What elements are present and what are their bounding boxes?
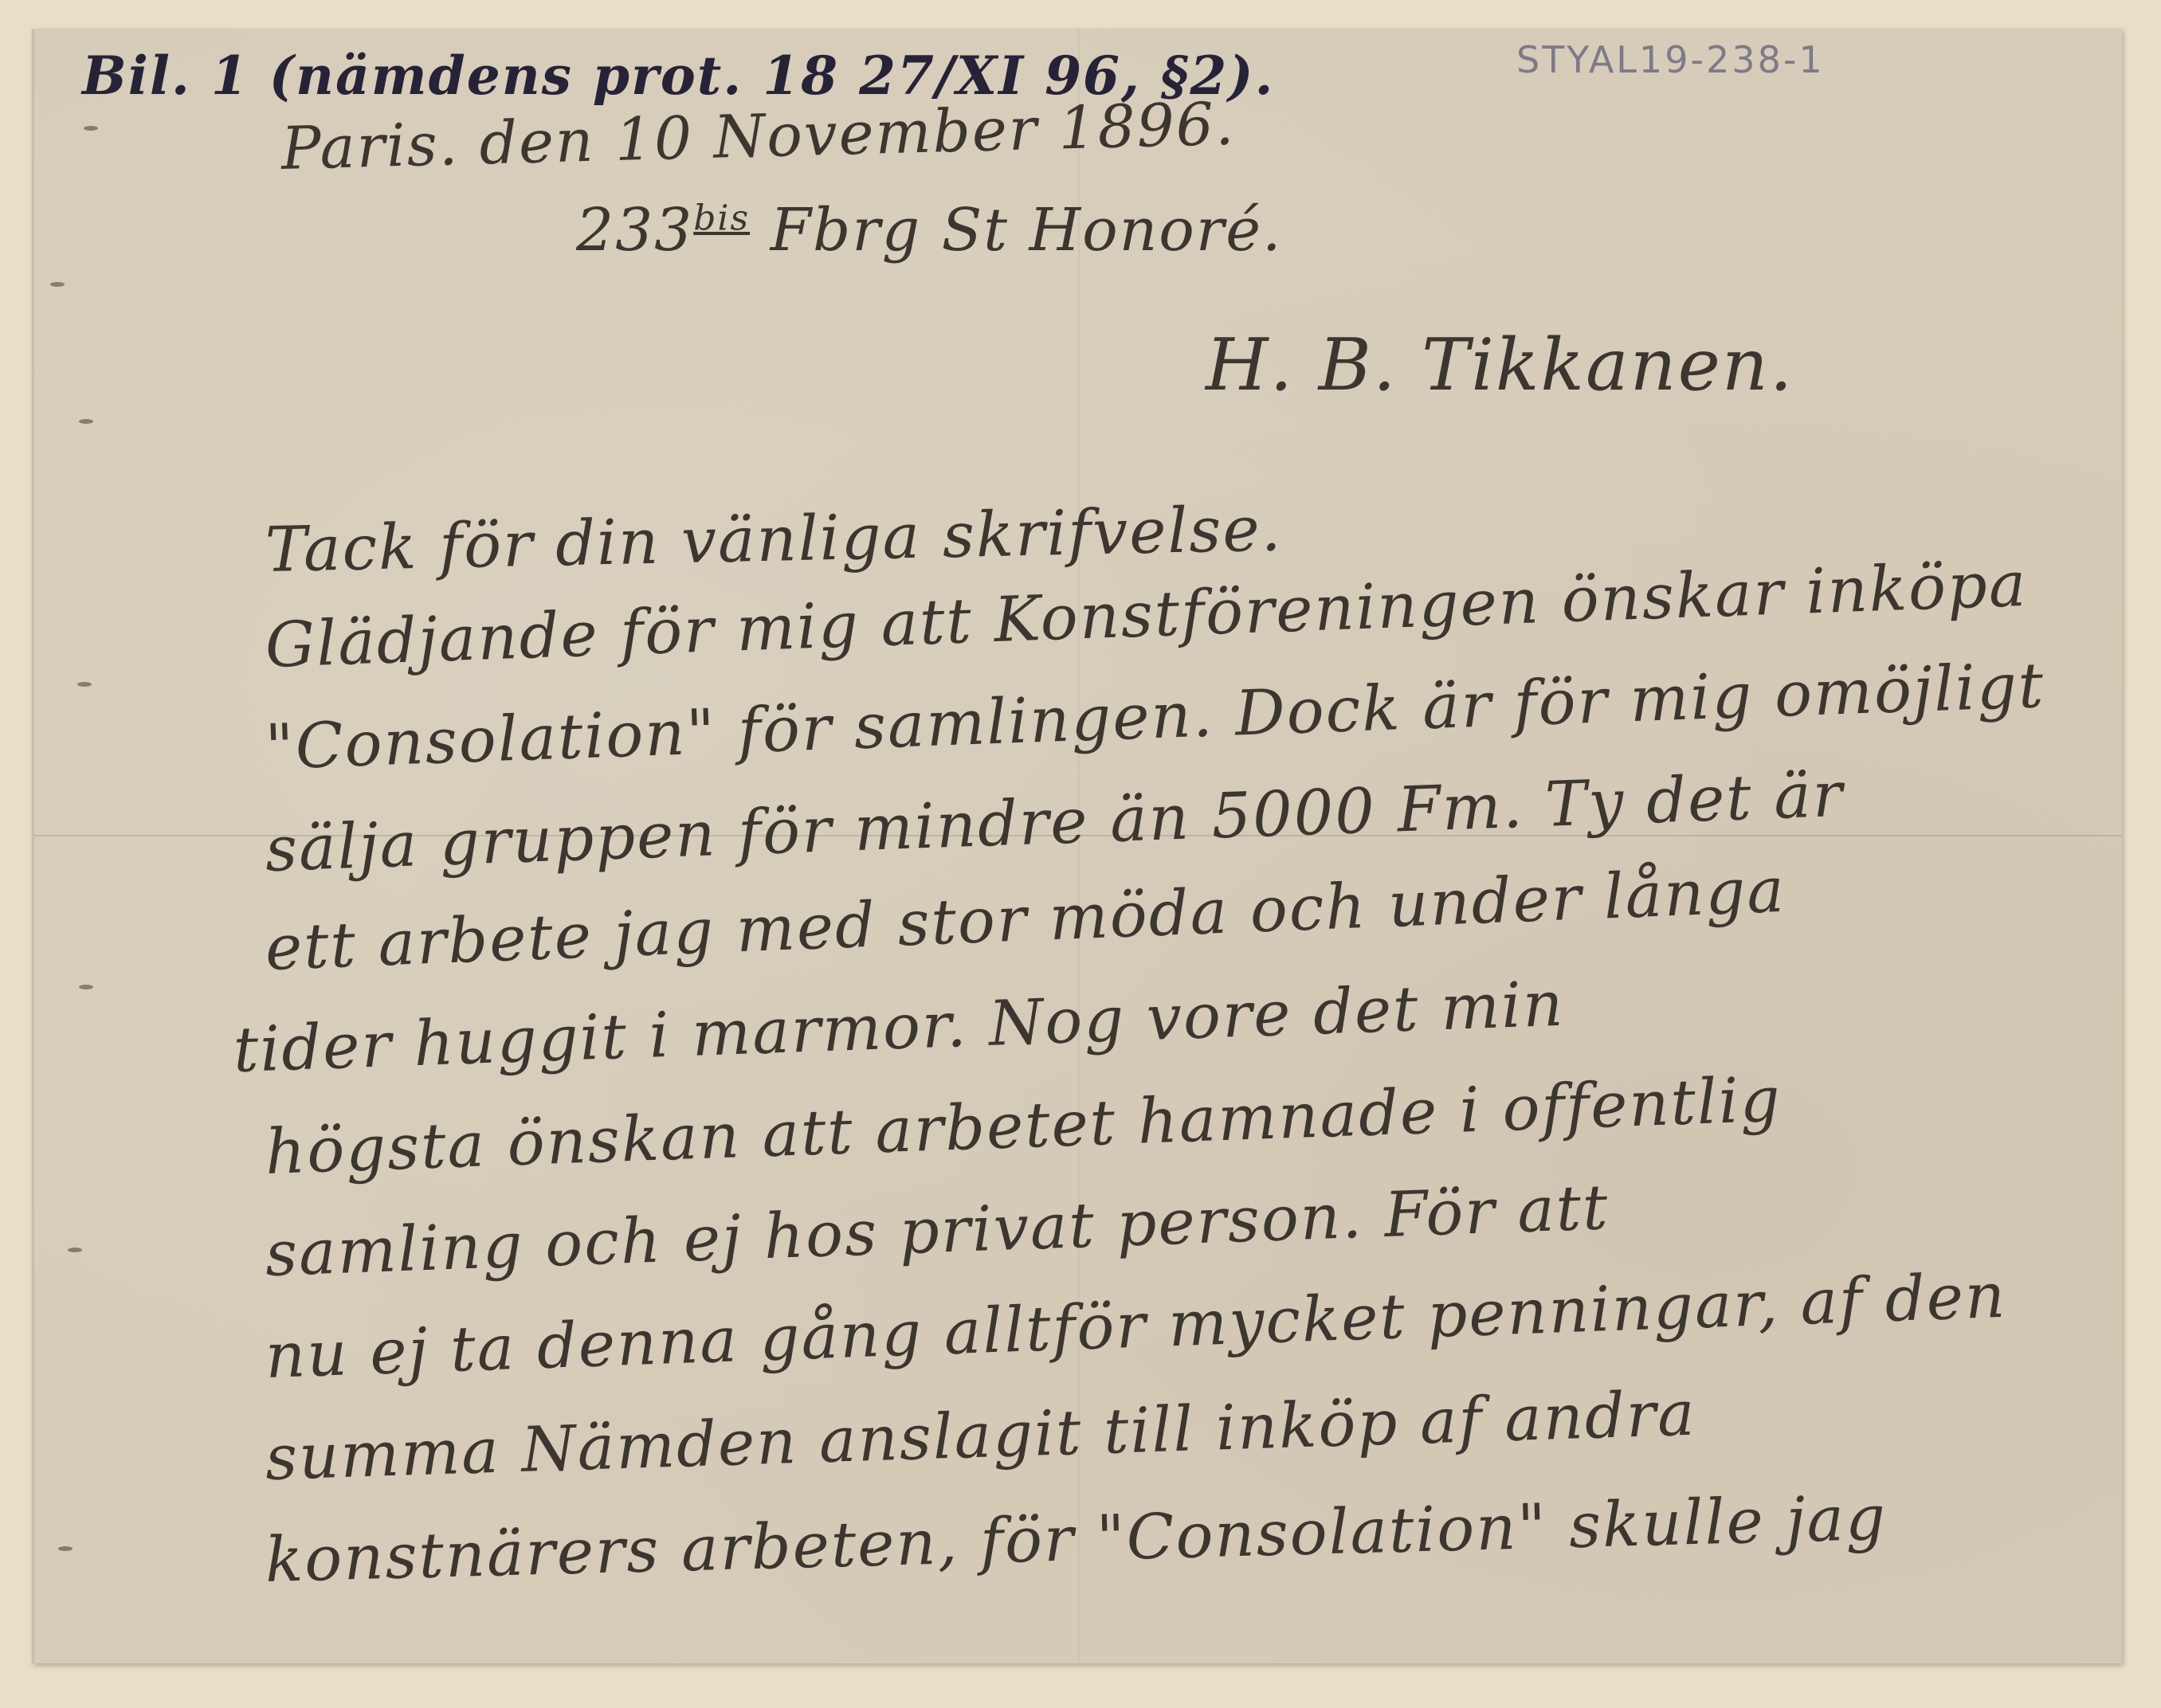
body-line: Tack för din vänliga skrifvelse. bbox=[265, 493, 1283, 586]
address-street: Fbrg St Honoré. bbox=[771, 196, 1283, 264]
address-bis: bis bbox=[693, 198, 750, 238]
binding-hole bbox=[77, 682, 92, 687]
address-number: 233 bbox=[576, 196, 693, 264]
body-line: konstnärers arbeten, för "Consolation" s… bbox=[265, 1483, 1888, 1596]
body-line: högsta önskan att arbetet hamnade i offe… bbox=[264, 1064, 1783, 1189]
binding-hole bbox=[58, 1546, 73, 1551]
binding-hole bbox=[68, 1248, 82, 1252]
binding-hole bbox=[50, 282, 65, 287]
binding-hole bbox=[79, 419, 93, 424]
binding-hole bbox=[84, 126, 98, 131]
letter-sheet: Bil. 1 (nämdens prot. 18 27/XI 96, §2). … bbox=[32, 29, 2122, 1663]
recipient-name: H. B. Tikkanen. bbox=[1206, 323, 1794, 407]
binding-hole bbox=[79, 985, 93, 989]
body-line: summa Nämden anslagit till inköp af andr… bbox=[265, 1378, 1697, 1494]
archive-id-label: STYAL19-238-1 bbox=[1516, 38, 1825, 81]
body-line: tider huggit i marmor. Nog vore det min bbox=[232, 969, 1565, 1087]
sender-address: 233bis Fbrg St Honoré. bbox=[576, 196, 1283, 264]
body-line: samling och ej hos privat person. För at… bbox=[264, 1172, 1610, 1291]
